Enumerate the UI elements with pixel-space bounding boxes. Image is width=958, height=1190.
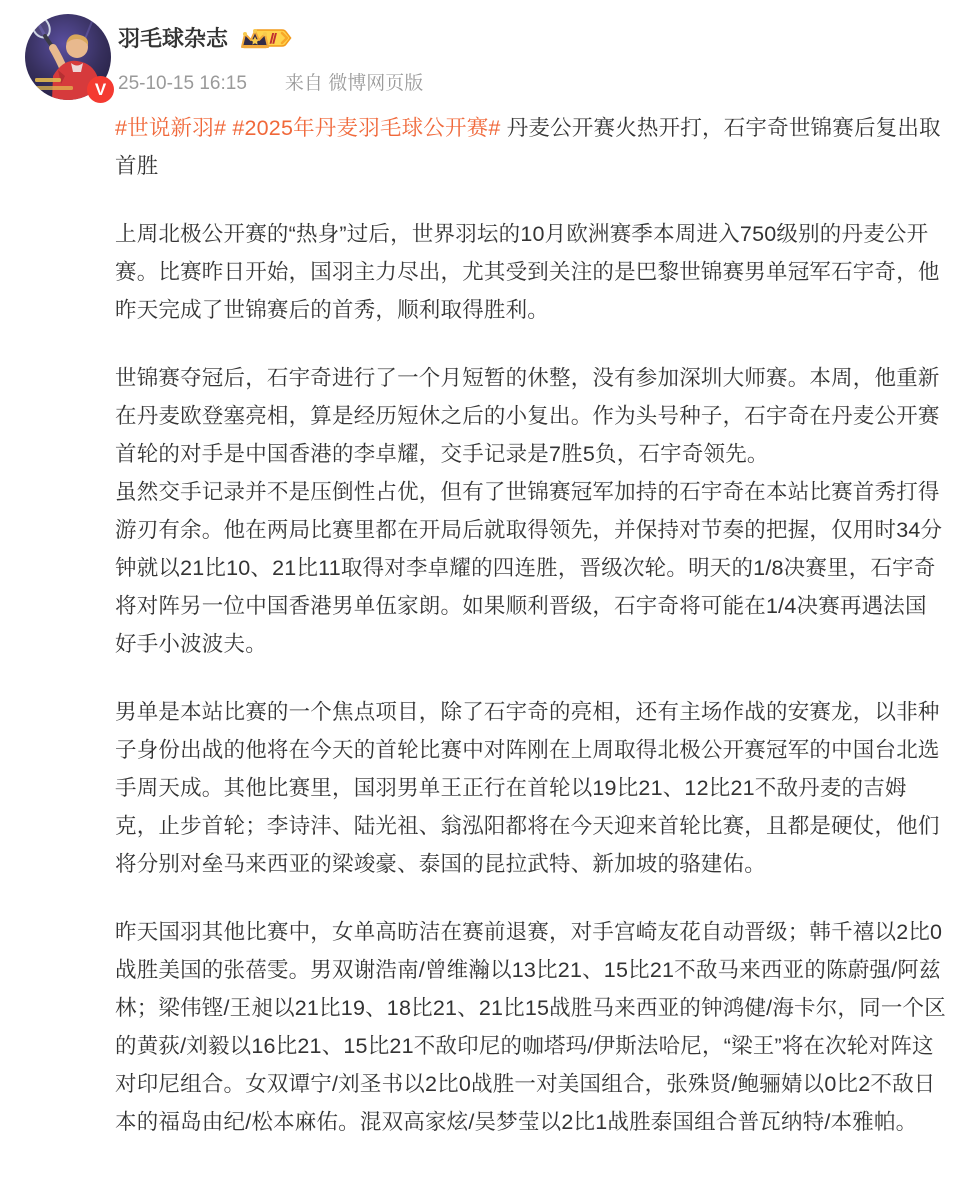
weibo-post-page: V 羽毛球杂志 Ⅱ	[0, 0, 958, 1190]
avatar[interactable]: V	[25, 14, 111, 100]
member-crown-badge[interactable]: Ⅱ	[238, 23, 296, 53]
post-paragraph: #世说新羽# #2025年丹麦羽毛球公开赛# 丹麦公开赛火热开打，石宇奇世锦赛后…	[115, 109, 948, 185]
source-prefix: 来自	[285, 73, 323, 94]
post-paragraph: 男单是本站比赛的一个焦点项目，除了石宇奇的亮相，还有主场作战的安赛龙，以非种子身…	[115, 693, 948, 883]
post-meta: 25-10-15 16:15来自 微博网页版	[118, 68, 423, 95]
post-header: V 羽毛球杂志 Ⅱ	[25, 12, 946, 100]
post-paragraph: 上周北极公开赛的“热身”过后，世界羽坛的10月欧洲赛季本周进入750级别的丹麦公…	[115, 215, 948, 329]
post-timestamp[interactable]: 25-10-15 16:15	[118, 73, 247, 94]
paragraph-text: 男单是本站比赛的一个焦点项目，除了石宇奇的亮相，还有主场作战的安赛龙，以非种子身…	[115, 700, 940, 876]
username[interactable]: 羽毛球杂志	[118, 22, 228, 53]
post-paragraph: 昨天国羽其他比赛中，女单高昉洁在赛前退赛，对手宫崎友花自动晋级；韩千禧以2比0战…	[115, 913, 948, 1141]
verified-badge: V	[87, 76, 114, 103]
post-source-link[interactable]: 微博网页版	[328, 73, 423, 94]
paragraph-text: 世锦赛夺冠后，石宇奇进行了一个月短暂的休整，没有参加深圳大师赛。本周，他重新在丹…	[115, 366, 942, 656]
hashtag-link[interactable]: #2025年丹麦羽毛球公开赛#	[232, 116, 500, 140]
post-content: #世说新羽# #2025年丹麦羽毛球公开赛# 丹麦公开赛火热开打，石宇奇世锦赛后…	[115, 109, 948, 1141]
paragraph-text: 昨天国羽其他比赛中，女单高昉洁在赛前退赛，对手宫崎友花自动晋级；韩千禧以2比0战…	[115, 920, 946, 1134]
header-text: 羽毛球杂志 Ⅱ 25-10-15 16:15	[118, 12, 423, 95]
post-paragraph: 世锦赛夺冠后，石宇奇进行了一个月短暂的休整，没有参加深圳大师赛。本周，他重新在丹…	[115, 359, 948, 663]
hashtag-link[interactable]: #世说新羽#	[115, 116, 226, 140]
paragraph-text: 上周北极公开赛的“热身”过后，世界羽坛的10月欧洲赛季本周进入750级别的丹麦公…	[115, 222, 940, 322]
